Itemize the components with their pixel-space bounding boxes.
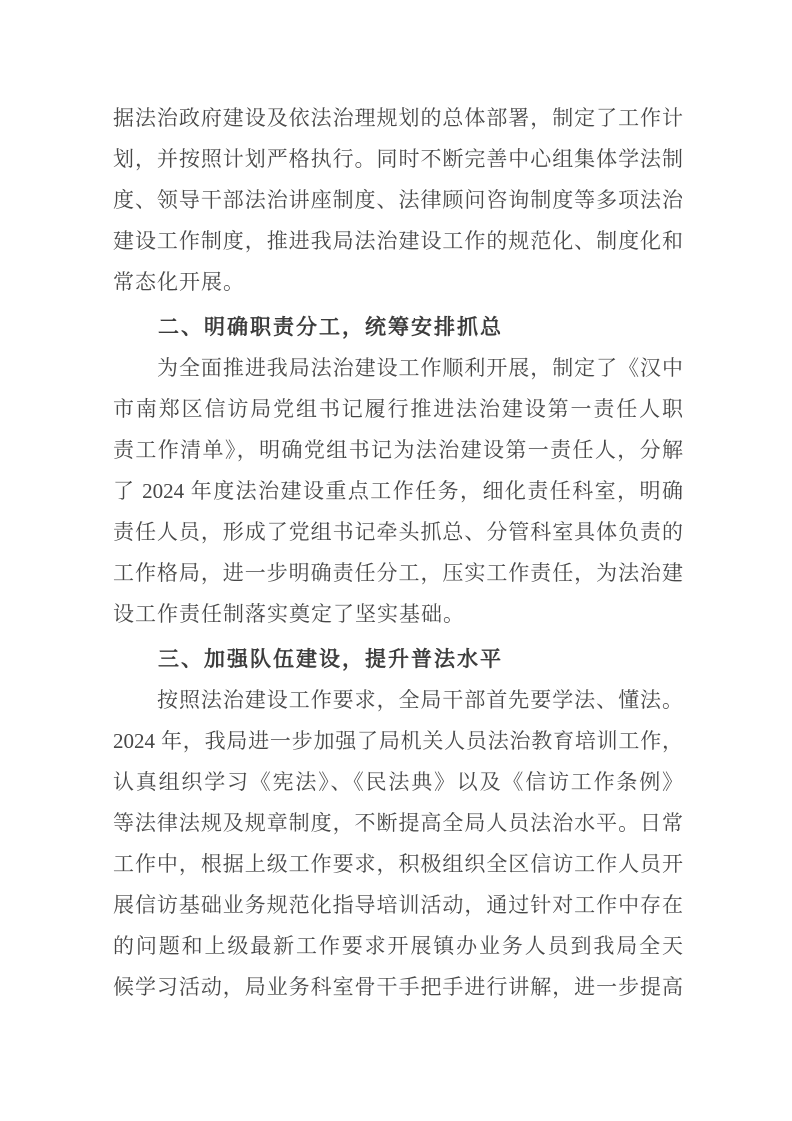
section-heading: 二、明确职责分工，统筹安排抓总 — [113, 307, 683, 348]
text-line: 责工作清单》，明确党组书记为法治建设第一责任人，分解 — [113, 430, 683, 471]
text-line: 候学习活动，局业务科室骨干手把手进行讲解，进一步提高 — [113, 967, 683, 1008]
text-line: 工作中，根据上级工作要求，积极组织全区信访工作人员开 — [113, 844, 683, 885]
text-line: 常态化开展。 — [113, 262, 683, 303]
text-line: 认真组织学习《宪法》、《民法典》以及《信访工作条例》 — [113, 762, 683, 803]
paragraph: 按照法治建设工作要求，全局干部首先要学法、懂法。2024 年，我局进一步加强了局… — [113, 680, 683, 1008]
text-line: 工作格局，进一步明确责任分工，压实工作责任，为法治建 — [113, 553, 683, 594]
paragraph: 据法治政府建设及依法治理规划的总体部署，制定了工作计划，并按照计划严格执行。同时… — [113, 98, 683, 303]
text-line: 了 2024 年度法治建设重点工作任务，细化责任科室，明确 — [113, 471, 683, 512]
text-line: 建设工作制度，推进我局法治建设工作的规范化、制度化和 — [113, 221, 683, 262]
section-heading: 三、加强队伍建设，提升普法水平 — [113, 639, 683, 680]
text-line: 据法治政府建设及依法治理规划的总体部署，制定了工作计 — [113, 98, 683, 139]
paragraph: 为全面推进我局法治建设工作顺利开展，制定了《汉中市南郑区信访局党组书记履行推进法… — [113, 348, 683, 635]
text-line: 责任人员，形成了党组书记牵头抓总、分管科室具体负责的 — [113, 512, 683, 553]
text-line: 的问题和上级最新工作要求开展镇办业务人员到我局全天 — [113, 926, 683, 967]
text-line: 按照法治建设工作要求，全局干部首先要学法、懂法。 — [113, 680, 683, 721]
text-line: 度、领导干部法治讲座制度、法律顾问咨询制度等多项法治 — [113, 180, 683, 221]
text-line: 为全面推进我局法治建设工作顺利开展，制定了《汉中 — [113, 348, 683, 389]
text-line: 划，并按照计划严格执行。同时不断完善中心组集体学法制 — [113, 139, 683, 180]
document-body: 据法治政府建设及依法治理规划的总体部署，制定了工作计划，并按照计划严格执行。同时… — [113, 98, 683, 1008]
text-line: 展信访基础业务规范化指导培训活动，通过针对工作中存在 — [113, 885, 683, 926]
document-page: 据法治政府建设及依法治理规划的总体部署，制定了工作计划，并按照计划严格执行。同时… — [0, 0, 792, 1121]
text-line: 市南郑区信访局党组书记履行推进法治建设第一责任人职 — [113, 389, 683, 430]
text-line: 设工作责任制落实奠定了坚实基础。 — [113, 594, 683, 635]
text-line: 等法律法规及规章制度，不断提高全局人员法治水平。日常 — [113, 803, 683, 844]
text-line: 2024 年，我局进一步加强了局机关人员法治教育培训工作， — [113, 721, 683, 762]
